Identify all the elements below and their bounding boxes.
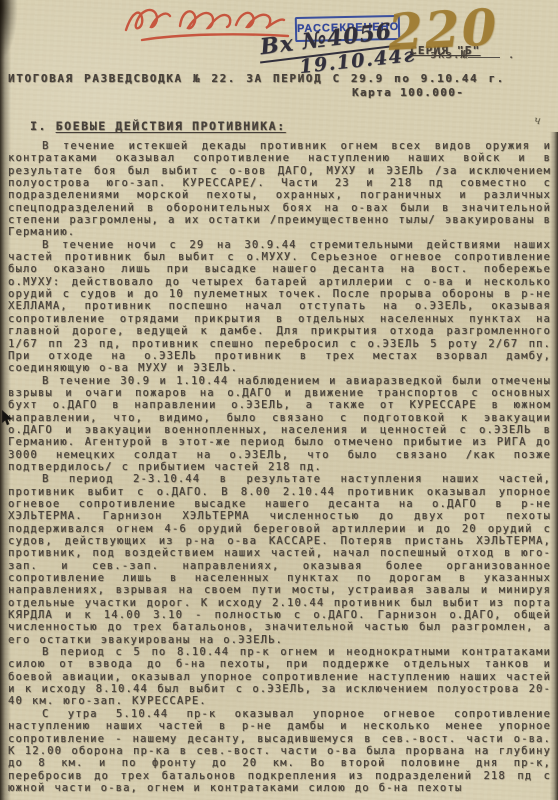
scan-corner-smudge (0, 0, 18, 60)
page-number-handwritten: 220 (387, 0, 500, 62)
paragraph: В течение истекшей декады противник огне… (8, 140, 551, 239)
section-number: I. (30, 119, 47, 133)
scan-edge-right (550, 132, 558, 800)
section-heading: I. БОЕВЫЕ ДЕЙСТВИЯ ПРОТИВНИКА: (30, 119, 286, 133)
map-scale-note: Карта 100.000- (352, 86, 464, 99)
copy-label-suffix: . (508, 48, 516, 61)
document-title: ИТОГОВАЯ РАЗВЕДСВОДКА № 22. ЗА ПЕРИОД С … (8, 72, 508, 85)
paragraph: С утра 5.10.44 пр-к оказывал упорное огн… (8, 708, 551, 794)
handwritten-signature-red (118, 0, 303, 46)
paragraph: В течение 30.9 и 1.10.44 наблюдением и а… (8, 375, 551, 474)
document-body: В течение истекшей декады противник огне… (8, 140, 551, 794)
paragraph: В период 2-3.10.44 в результате наступле… (8, 473, 551, 646)
paragraph: В период с 5 по 8.10.44 пр-к огнем и нео… (8, 646, 551, 708)
margin-pen-mark: ч (533, 114, 542, 128)
section-title: БОЕВЫЕ ДЕЙСТВИЯ ПРОТИВНИКА: (56, 119, 286, 133)
mouse-cursor-icon (1, 410, 13, 426)
paragraph: В течение ночи с 29 на 30.9.44 стремител… (8, 239, 551, 375)
